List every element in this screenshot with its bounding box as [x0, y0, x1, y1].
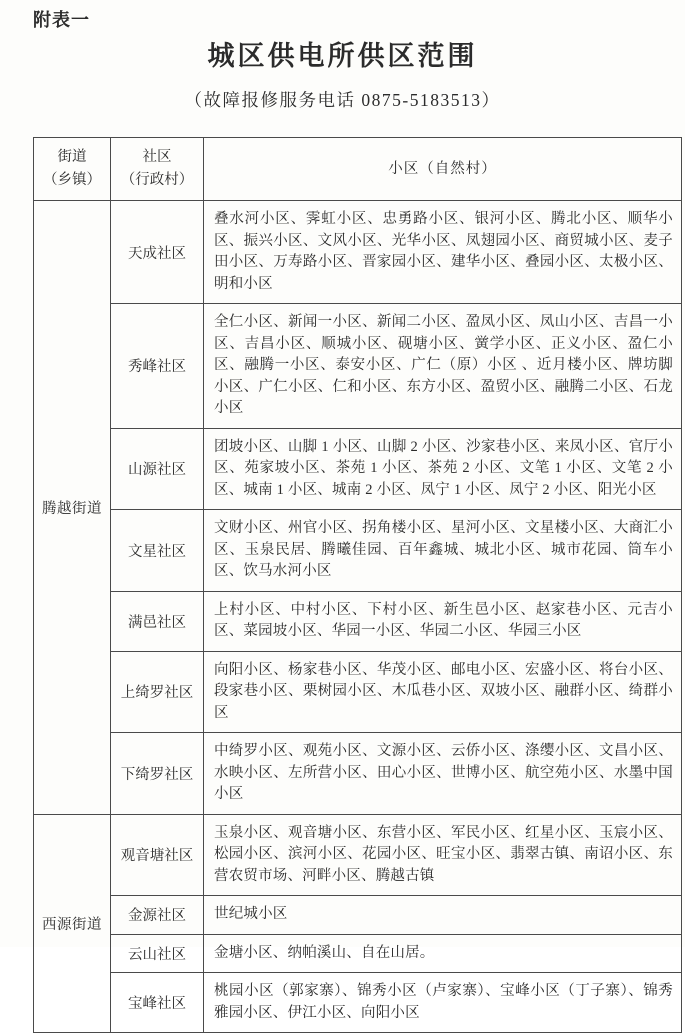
header-row: 街道 （乡镇） 社区 （行政村） 小区（自然村）	[34, 138, 682, 201]
col-header-street: 街道 （乡镇）	[34, 138, 111, 201]
community-cell: 文星社区	[111, 510, 204, 592]
table-row: 山源社区 团坡小区、山脚 1 小区、山脚 2 小区、沙家巷小区、来凤小区、官厅小…	[34, 428, 682, 510]
col-header-community-line1: 社区	[113, 146, 201, 169]
areas-cell: 金塘小区、纳帕溪山、自在山居。	[204, 934, 682, 947]
areas-cell: 上村小区、中村小区、下村小区、新生邑小区、赵家巷小区、元吉小区、菜园坡小区、华园…	[204, 591, 682, 651]
col-header-community-line2: （行政村）	[113, 169, 201, 192]
table-row: 上绮罗社区 向阳小区、杨家巷小区、华茂小区、邮电小区、宏盛小区、将台小区、段家巷…	[34, 651, 682, 733]
table-row: 腾越街道 天成社区 叠水河小区、霁虹小区、忠勇路小区、银河小区、腾北小区、顺华小…	[34, 201, 682, 304]
areas-cell: 向阳小区、杨家巷小区、华茂小区、邮电小区、宏盛小区、将台小区、段家巷小区、栗树园…	[204, 651, 682, 733]
table-row: 文星社区 文财小区、州官小区、拐角楼小区、星河小区、文星楼小区、大商汇小区、玉泉…	[34, 510, 682, 592]
table-row: 云山社区 金塘小区、纳帕溪山、自在山居。	[34, 934, 682, 947]
table-row: 秀峰社区 全仁小区、新闻一小区、新闻二小区、盈凤小区、凤山小区、吉昌一小区、吉昌…	[34, 304, 682, 429]
street-cell-xiyuan: 西源街道	[34, 814, 111, 947]
col-header-community: 社区 （行政村）	[111, 138, 204, 201]
supply-range-table-wrap: 街道 （乡镇） 社区 （行政村） 小区（自然村） 腾越街道 天成社区 叠水河小区…	[33, 137, 681, 947]
areas-cell: 叠水河小区、霁虹小区、忠勇路小区、银河小区、腾北小区、顺华小区、振兴小区、文风小…	[204, 201, 682, 304]
areas-cell: 全仁小区、新闻一小区、新闻二小区、盈凤小区、凤山小区、吉昌一小区、吉昌小区、顺城…	[204, 304, 682, 429]
col-header-area: 小区（自然村）	[204, 138, 682, 201]
community-cell: 天成社区	[111, 201, 204, 304]
street-cell-tengyue: 腾越街道	[34, 201, 111, 815]
community-cell: 金源社区	[111, 896, 204, 935]
supply-range-table: 街道 （乡镇） 社区 （行政村） 小区（自然村） 腾越街道 天成社区 叠水河小区…	[33, 137, 682, 947]
community-cell: 上绮罗社区	[111, 651, 204, 733]
annex-label: 附表一	[33, 6, 90, 32]
areas-cell: 玉泉小区、观音塘小区、东营小区、军民小区、红星小区、玉宸小区、松园小区、滨河小区…	[204, 814, 682, 896]
page-title: 城区供电所供区范围	[0, 34, 685, 73]
col-header-street-line1: 街道	[36, 146, 108, 169]
community-cell: 观音塘社区	[111, 814, 204, 896]
areas-cell: 世纪城小区	[204, 896, 682, 935]
table-row: 满邑社区 上村小区、中村小区、下村小区、新生邑小区、赵家巷小区、元吉小区、菜园坡…	[34, 591, 682, 651]
community-cell: 满邑社区	[111, 591, 204, 651]
table-row: 下绮罗社区 中绮罗小区、观苑小区、文源小区、云侨小区、涤缨小区、文昌小区、水映小…	[34, 733, 682, 815]
community-cell: 云山社区	[111, 934, 204, 947]
table-row: 金源社区 世纪城小区	[34, 896, 682, 935]
table-row: 西源街道 观音塘社区 玉泉小区、观音塘小区、东营小区、军民小区、红星小区、玉宸小…	[34, 814, 682, 896]
areas-cell: 团坡小区、山脚 1 小区、山脚 2 小区、沙家巷小区、来凤小区、官厅小区、苑家坡…	[204, 428, 682, 510]
col-header-street-line2: （乡镇）	[36, 169, 108, 192]
community-cell: 下绮罗社区	[111, 733, 204, 815]
areas-cell: 中绮罗小区、观苑小区、文源小区、云侨小区、涤缨小区、文昌小区、水映小区、左所营小…	[204, 733, 682, 815]
community-cell: 秀峰社区	[111, 304, 204, 429]
areas-cell: 文财小区、州官小区、拐角楼小区、星河小区、文星楼小区、大商汇小区、玉泉民居、腾曦…	[204, 510, 682, 592]
page-subtitle: （故障报修服务电话 0875-5183513）	[0, 87, 685, 112]
community-cell: 山源社区	[111, 428, 204, 510]
